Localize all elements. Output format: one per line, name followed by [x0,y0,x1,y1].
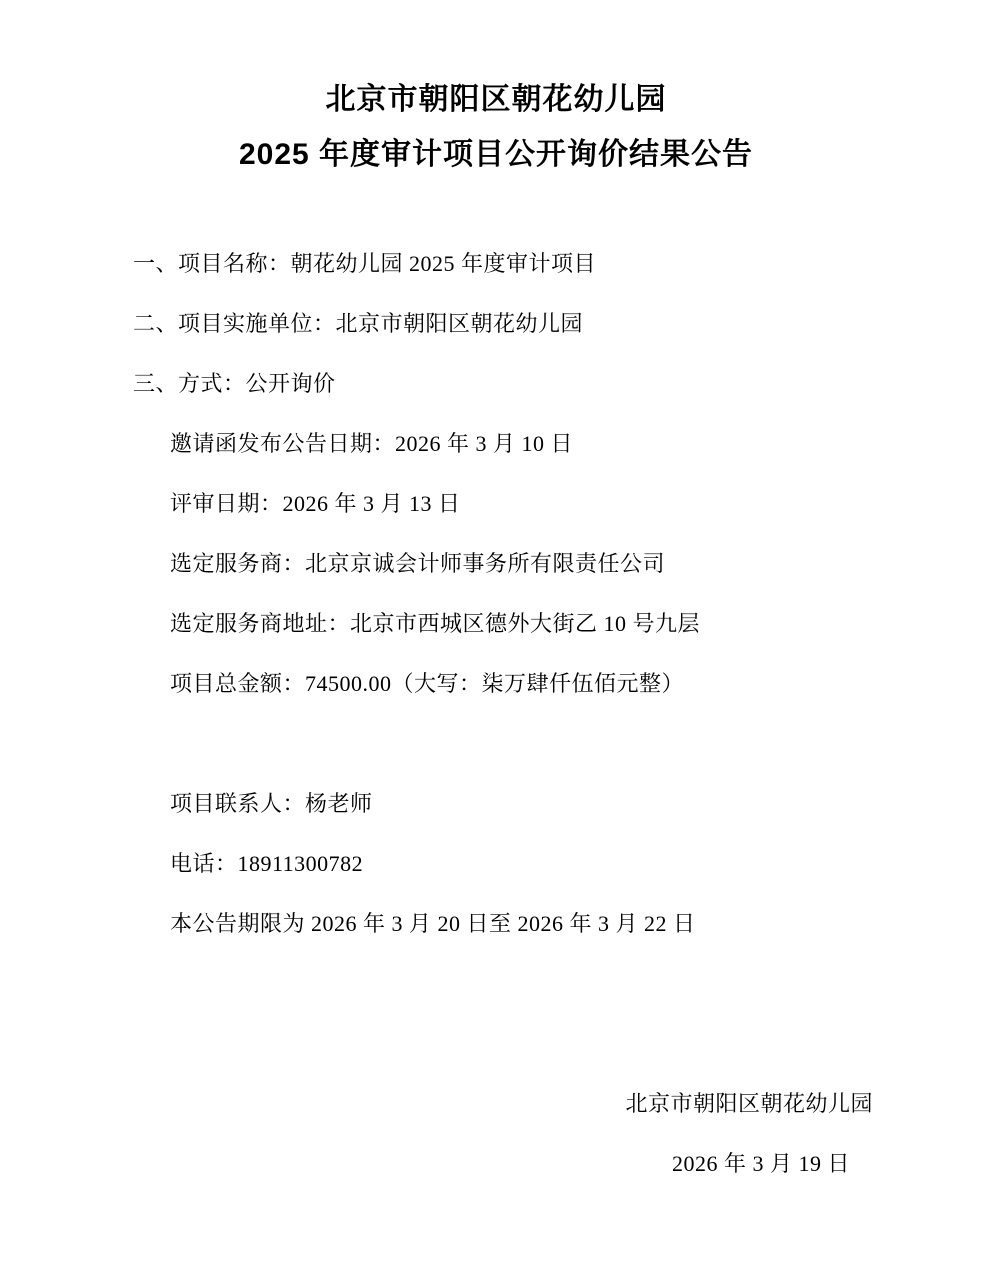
blank-line [0,1014,992,1074]
signature-organization: 北京市朝阳区朝花幼儿园 [0,1074,992,1134]
signature-date: 2026 年 3 月 19 日 [0,1134,992,1194]
detail-invitation-date: 邀请函发布公告日期：2026 年 3 月 10 日 [0,414,992,474]
contact-person: 项目联系人：杨老师 [0,774,992,834]
item-project-name: 一、项目名称：朝花幼儿园 2025 年度审计项目 [0,234,992,294]
detail-vendor-address: 选定服务商地址：北京市西城区德外大街乙 10 号九层 [0,594,992,654]
blank-line [0,954,992,1014]
contact-phone: 电话：18911300782 [0,834,992,894]
detail-total-amount: 项目总金额：74500.00（大写：柒万肆仟伍佰元整） [0,654,992,714]
announcement-period: 本公告期限为 2026 年 3 月 20 日至 2026 年 3 月 22 日 [0,894,992,954]
document-body: 一、项目名称：朝花幼儿园 2025 年度审计项目 二、项目实施单位：北京市朝阳区… [0,234,992,1194]
doc-title-line1: 北京市朝阳区朝花幼儿园 [0,72,992,127]
blank-line [0,714,992,774]
item-method: 三、方式：公开询价 [0,354,992,414]
announcement-page: 北京市朝阳区朝花幼儿园 2025 年度审计项目公开询价结果公告 一、项目名称：朝… [0,0,992,1266]
document-title: 北京市朝阳区朝花幼儿园 2025 年度审计项目公开询价结果公告 [0,0,992,182]
detail-review-date: 评审日期：2026 年 3 月 13 日 [0,474,992,534]
item-implementing-unit: 二、项目实施单位：北京市朝阳区朝花幼儿园 [0,294,992,354]
detail-selected-vendor: 选定服务商：北京京诚会计师事务所有限责任公司 [0,534,992,594]
doc-title-line2: 2025 年度审计项目公开询价结果公告 [0,127,992,182]
